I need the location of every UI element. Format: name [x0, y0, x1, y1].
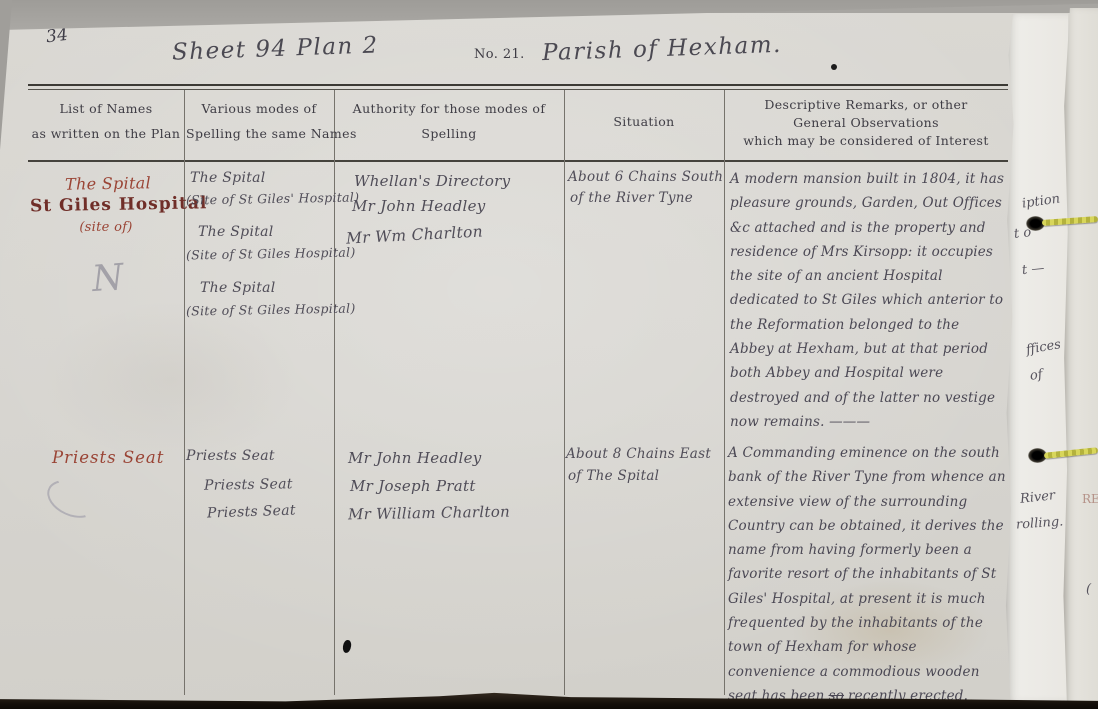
- situation-text: About 8 Chains East: [566, 446, 711, 462]
- ink-dot: [831, 64, 837, 70]
- spelling-entry: The Spital: [190, 170, 266, 186]
- edge-fragment: t —: [1021, 261, 1045, 278]
- column-header-remarks: which may be considered of Interest: [726, 133, 1006, 148]
- spelling-entry: The Spital: [198, 224, 274, 240]
- column-header-authority: Spelling: [336, 126, 562, 141]
- edge-fragment: RE: [1082, 492, 1098, 506]
- record-number: No. 21.: [474, 47, 525, 62]
- authority-entry: Mr William Charlton: [348, 503, 510, 524]
- column-header-names: as written on the Plan: [30, 126, 182, 141]
- table-top-rule-thin: [28, 89, 1008, 90]
- spelling-entry: (Site of St Giles' Hospital): [186, 189, 360, 207]
- edge-fragment: of: [1029, 367, 1044, 384]
- column-header-authority: Authority for those modes of: [336, 101, 562, 116]
- column-header-names: List of Names: [30, 101, 182, 116]
- column-header-remarks: General Observations: [726, 115, 1006, 130]
- pencil-mark: N: [91, 257, 126, 300]
- header-underline: [28, 160, 1008, 162]
- column-divider: [334, 90, 335, 695]
- authority-entry: Mr John Headley: [348, 449, 482, 467]
- spelling-entry: (Site of St Giles Hospital): [186, 245, 356, 263]
- scanned-name-book-photo: { "page": { "number": "34", "sheet_line"…: [0, 0, 1098, 709]
- spelling-entry: Priests Seat: [186, 448, 275, 464]
- situation-text: About 6 Chains South: [568, 169, 723, 185]
- column-header-situation: Situation: [566, 114, 722, 129]
- column-header-remarks: Descriptive Remarks, or other: [726, 97, 1006, 112]
- spelling-entry: The Spital: [200, 280, 276, 296]
- torn-page-strip: [1062, 8, 1098, 708]
- column-divider: [724, 90, 725, 695]
- column-divider: [564, 90, 565, 695]
- remarks-text: A modern mansion built in 1804, it has p…: [730, 167, 1006, 434]
- authority-entry: Mr Joseph Pratt: [350, 477, 476, 495]
- spelling-entry: Priests Seat: [207, 502, 296, 521]
- plan-name: St Giles Hospital: [30, 194, 182, 217]
- plan-name: Priests Seat: [52, 448, 164, 467]
- remarks-part: A Commanding eminence on the south bank …: [728, 445, 1006, 704]
- column-header-spelling: Various modes of: [186, 101, 332, 116]
- spelling-entry: Priests Seat: [204, 476, 293, 494]
- column-header-spelling: Spelling the same Names: [186, 126, 332, 141]
- column-divider: [184, 90, 185, 695]
- plan-name: (site of): [38, 220, 174, 235]
- authority-entry: Whellan's Directory: [354, 172, 510, 190]
- situation-text: of The Spital: [568, 468, 659, 484]
- torn-page-strip: [1004, 14, 1068, 702]
- spelling-entry: (Site of St Giles Hospital): [186, 301, 356, 319]
- situation-text: of the River Tyne: [570, 190, 693, 206]
- table-top-rule: [28, 84, 1008, 86]
- authority-entry: Mr John Headley: [352, 197, 486, 215]
- remarks-text: A Commanding eminence on the south bank …: [728, 441, 1006, 708]
- edge-fragment: (: [1086, 582, 1091, 597]
- plan-name: The Spital: [38, 173, 178, 194]
